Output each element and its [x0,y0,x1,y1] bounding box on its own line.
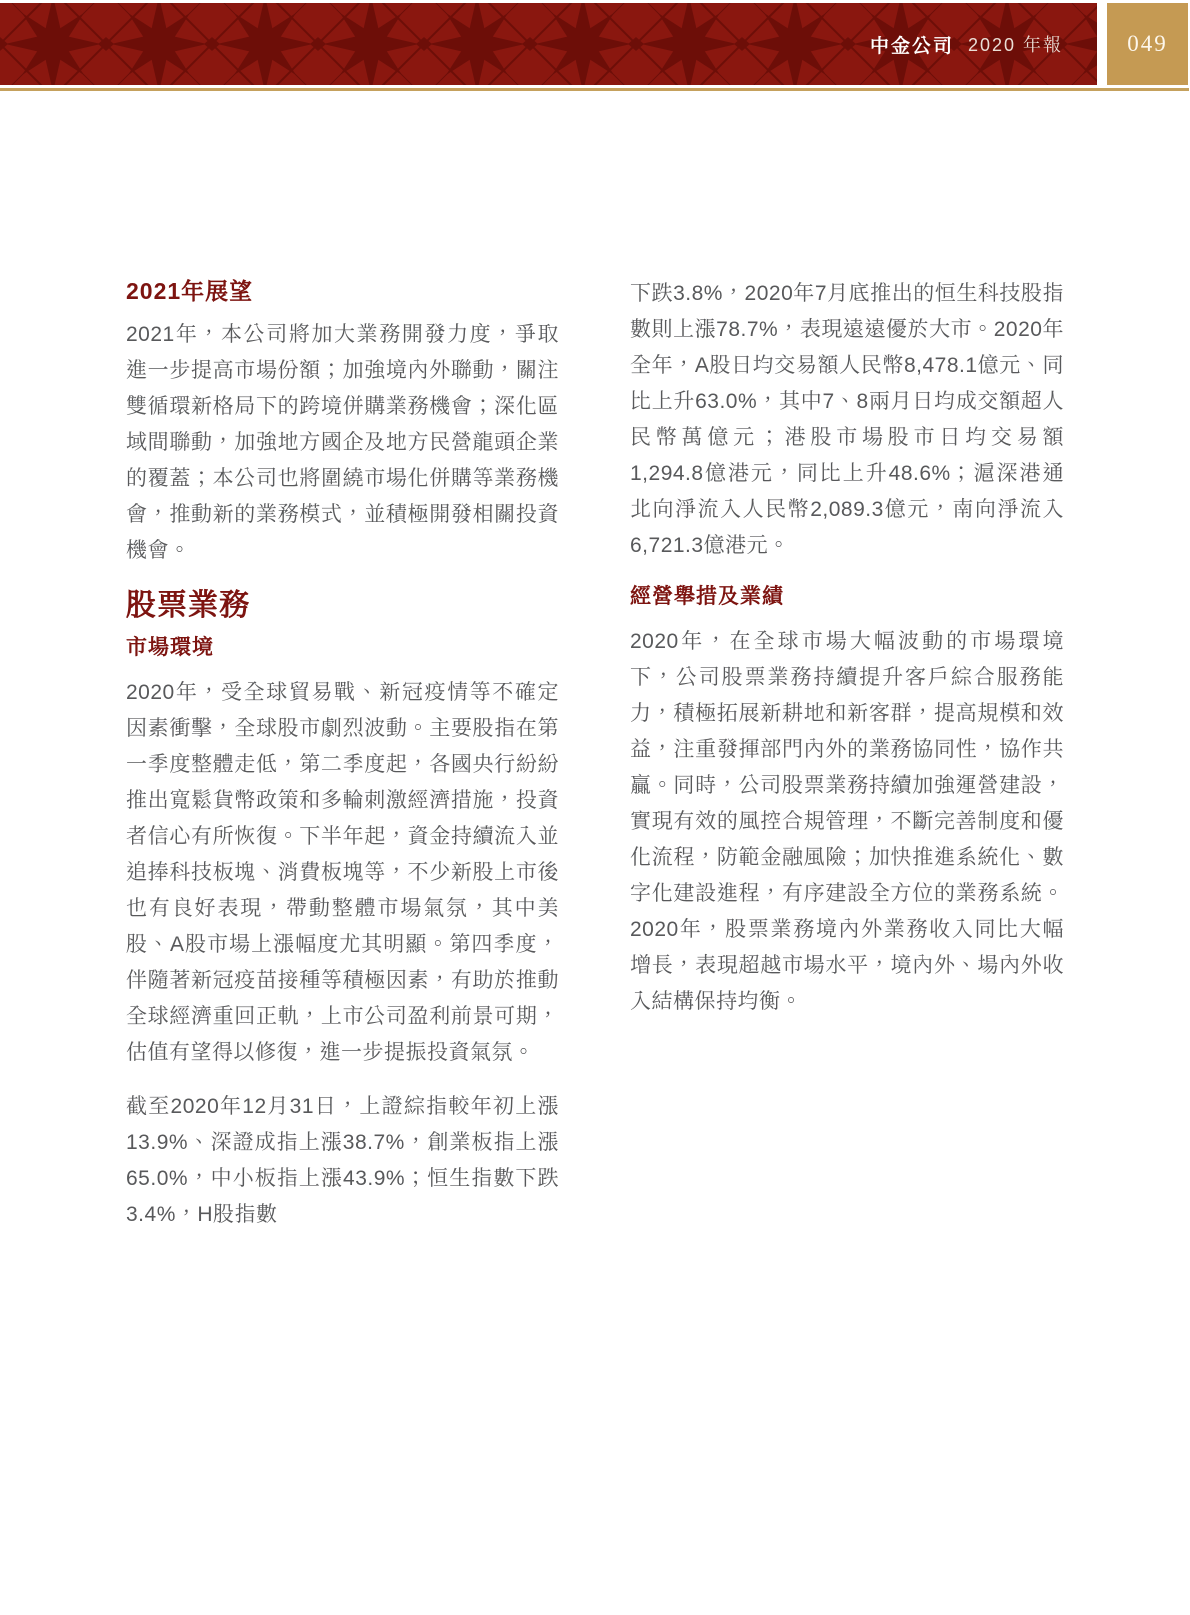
paragraph-operations-and-results: 2020年，在全球市場大幅波動的市場環境下，公司股票業務持續提升客戶綜合服務能力… [630,624,1064,1020]
paragraph-market-environment-1: 2020年，受全球貿易戰、新冠疫情等不確定因素衝擊，全球股市劇烈波動。主要股指在… [126,675,559,1071]
page-number: 049 [1127,31,1168,57]
paragraph-market-environment-2: 截至2020年12月31日，上證綜指較年初上漲13.9%、深證成指上漲38.7%… [126,1089,559,1233]
right-column: 下跌3.8%，2020年7月底推出的恒生科技股指數則上漲78.7%，表現遠遠優於… [630,276,1064,1038]
heading-equities-business: 股票業務 [126,587,559,625]
company-name: 中金公司 [870,31,954,58]
heading-market-environment: 市場環境 [126,633,559,663]
page-number-badge: 049 [1107,3,1188,85]
annual-report-page: 中金公司 2020 年報 049 2021年展望 2021年，本公司將加大業務開… [0,0,1190,1615]
heading-2021-outlook: 2021年展望 [126,276,559,306]
left-column: 2021年展望 2021年，本公司將加大業務開發力度，爭取進一步提高市場份額；加… [126,276,559,1251]
report-year-label: 2020 年報 [968,31,1063,57]
header-banner: 中金公司 2020 年報 [0,3,1097,85]
header-divider-rule [0,88,1189,91]
banner-title: 中金公司 2020 年報 [870,3,1063,85]
paragraph-2021-outlook: 2021年，本公司將加大業務開發力度，爭取進一步提高市場份額；加強境內外聯動，關… [126,317,559,569]
heading-operations-and-results: 經營舉措及業績 [630,582,1064,612]
paragraph-market-environment-continued: 下跌3.8%，2020年7月底推出的恒生科技股指數則上漲78.7%，表現遠遠優於… [630,276,1064,564]
